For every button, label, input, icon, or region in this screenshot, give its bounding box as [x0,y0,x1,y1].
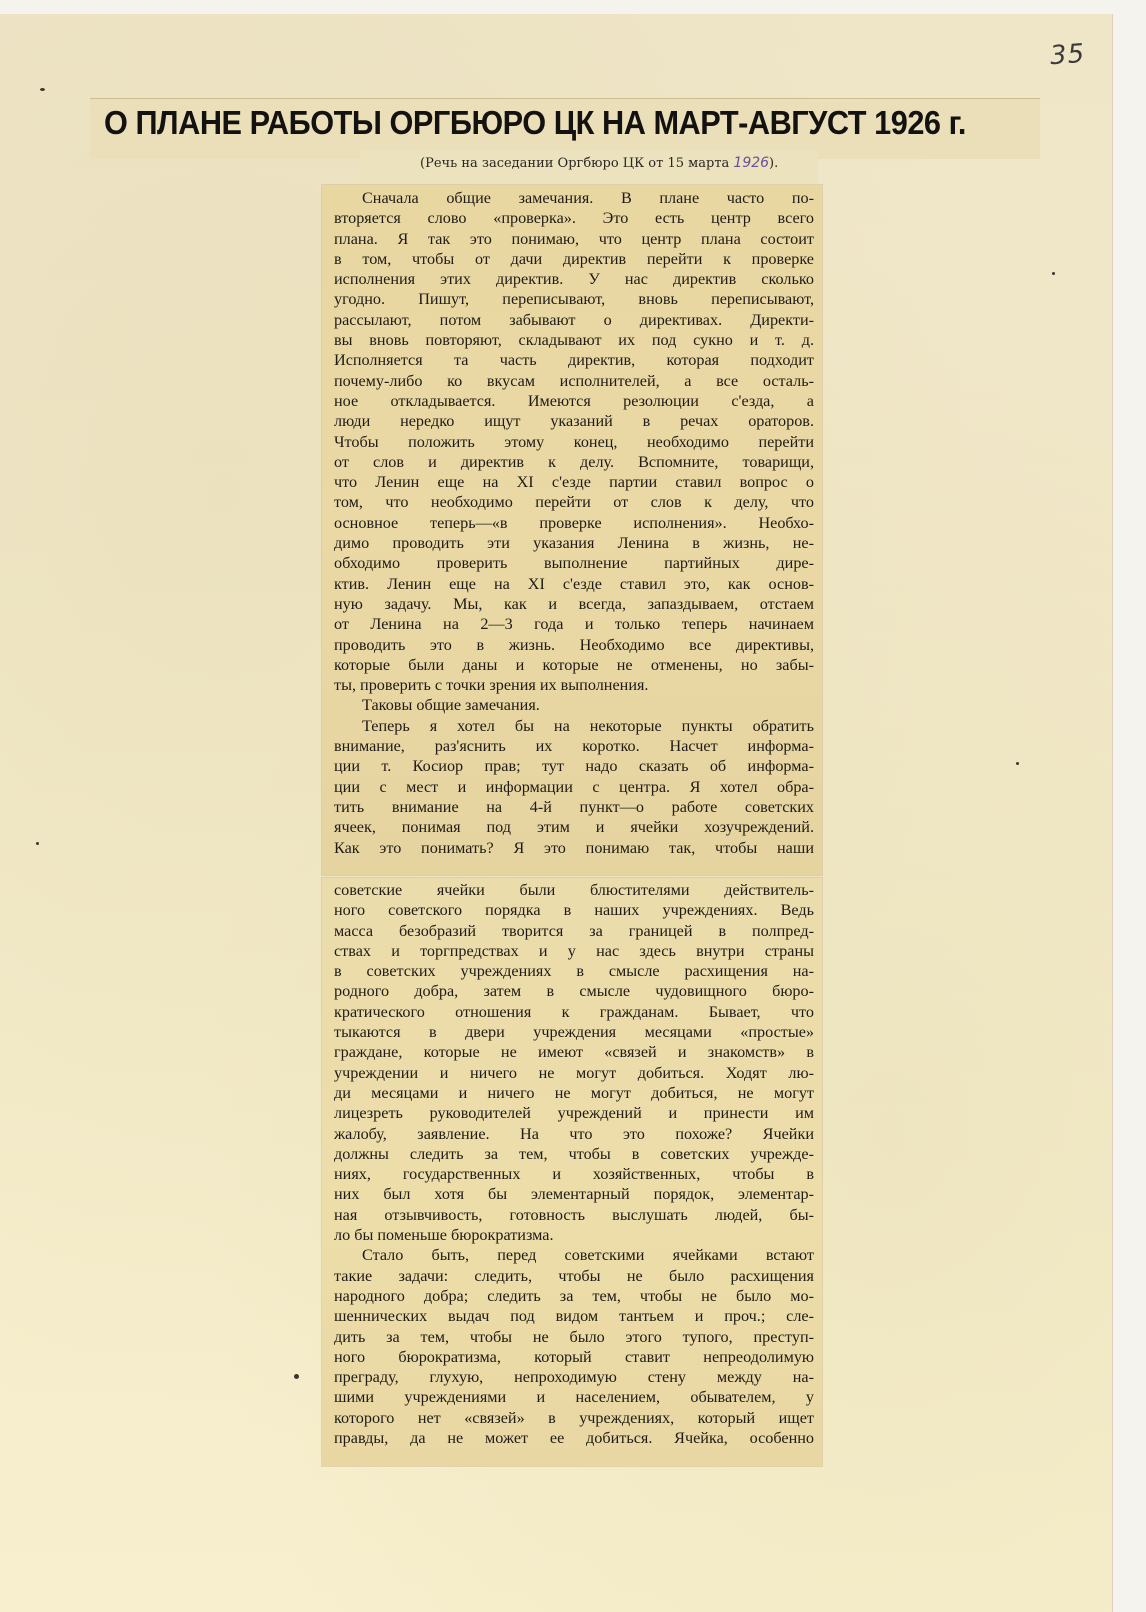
paper-speck [294,1374,299,1379]
text-line: которые были даны и которые не отменены,… [334,655,814,675]
subtitle-end: ). [769,156,778,171]
text-line: них был хотя бы элементарный порядок, эл… [334,1184,814,1204]
subtitle-printed: (Речь на заседании Оргбюро ЦК от 15 март… [420,156,729,171]
text-line: что Ленин еще на XI с'езде партии ставил… [334,472,814,492]
text-line: ствах и торгпредствах и у нас здесь внут… [334,941,814,961]
paper-speck [36,842,39,845]
text-line: ную задачу. Мы, как и всегда, запаздывае… [334,594,814,614]
text-line: в том, чтобы от дачи директив перейти к … [334,249,814,269]
text-line: проводить это в жизнь. Необходимо все ди… [334,635,814,655]
text-line: ного бюрократизма, который ставит непрео… [334,1347,814,1367]
text-line: такие задачи: следить, чтобы не было рас… [334,1266,814,1286]
text-line: Исполняется та часть директив, которая п… [334,350,814,370]
text-line: ди месяцами и ничего не могут добиться, … [334,1083,814,1103]
text-line: ты, проверить с точки зрения их выполнен… [334,675,814,695]
text-line: учреждении и ничего не могут добиться. Х… [334,1063,814,1083]
text-line: основное теперь—«в проверке исполнения».… [334,513,814,533]
text-line: жалобу, заявление. На что это похоже? Яч… [334,1124,814,1144]
document-subtitle: (Речь на заседании Оргбюро ЦК от 15 март… [420,155,778,171]
text-line: почему-либо ко вкусам исполнителей, а вс… [334,371,814,391]
paper-speck [1016,762,1019,765]
text-line: от слов и директив к делу. Вспомните, то… [334,452,814,472]
text-line: ниях, государственных и хозяйственных, ч… [334,1164,814,1184]
subtitle-handwritten-year: 1926 [733,155,769,171]
text-line: ции с мест и информации с центра. Я хоте… [334,777,814,797]
text-line: правды, да не может ее добиться. Ячейка,… [334,1428,814,1448]
text-line: ячеек, понимая под этим и ячейки хозучре… [334,817,814,837]
text-line: Сначала общие замечания. В плане часто п… [334,188,814,208]
text-line: плана. Я так это понимаю, что центр план… [334,229,814,249]
text-line: народного добра; следить за тем, чтобы н… [334,1286,814,1306]
text-line: шими учреждениями и населением, обывател… [334,1387,814,1407]
text-line: ная отзывчивость, готовность выслушать л… [334,1205,814,1225]
text-line: люди нередко ищут указаний в речах орато… [334,411,814,431]
paper-speck [1052,272,1055,275]
text-line: Теперь я хотел бы на некоторые пункты об… [334,716,814,736]
text-line: Стало быть, перед советскими ячейками вс… [334,1245,814,1265]
text-line: лицезреть руководителей учреждений и при… [334,1103,814,1123]
text-line: ции т. Косиор прав; тут надо сказать об … [334,756,814,776]
text-line: том, что необходимо перейти от слов к де… [334,492,814,512]
text-line: исполнения этих директив. У нас директив… [334,269,814,289]
text-line: советские ячейки были блюстителями дейст… [334,880,814,900]
text-line: вторяется слово «проверка». Это есть цен… [334,208,814,228]
text-line: граждане, которые не имеют «связей и зна… [334,1042,814,1062]
text-line: тить внимание на 4-й пункт—о работе сове… [334,797,814,817]
text-line: дить за тем, чтобы не было этого тупого,… [334,1327,814,1347]
text-line: димо проводить эти указания Ленина в жиз… [334,533,814,553]
text-line: которого нет «связей» в учреждениях, кот… [334,1408,814,1428]
text-line: от Ленина на 2—3 года и только теперь на… [334,614,814,634]
handwritten-page-number: 35 [1049,39,1086,71]
text-line: преграду, глухую, непроходимую стену меж… [334,1367,814,1387]
document-title: О ПЛАНЕ РАБОТЫ ОРГБЮРО ЦК НА МАРТ-АВГУСТ… [104,104,969,142]
text-line: внимание, раз'яснить их коротко. Насчет … [334,736,814,756]
text-line: ло бы поменьше бюрократизма. [334,1225,814,1245]
text-line: Таковы общие замечания. [334,695,814,715]
text-line: тыкаются в двери учреждения месяцами «пр… [334,1022,814,1042]
text-line: ное откладывается. Имеются резолюции с'е… [334,391,814,411]
text-line: кратического отношения к гражданам. Быва… [334,1002,814,1022]
text-line: родного добра, затем в смысле чудовищног… [334,981,814,1001]
paper-speck [40,88,45,91]
text-line: рассылают, потом забывают о директивах. … [334,310,814,330]
clipping-2-text: советские ячейки были блюстителями дейст… [334,880,814,1448]
text-line: угодно. Пишут, переписывают, вновь переп… [334,289,814,309]
text-line: должны следить за тем, чтобы в советских… [334,1144,814,1164]
text-line: ктив. Ленин еще на XI с'езде ставил это,… [334,574,814,594]
text-line: в советских учреждениях в смысле расхище… [334,961,814,981]
text-line: Чтобы положить этому конец, необходимо п… [334,432,814,452]
text-line: ного советского порядка в наших учрежден… [334,900,814,920]
text-line: Как это понимать? Я это понимаю так, что… [334,838,814,858]
text-line: масса безобразий творится за границей в … [334,921,814,941]
text-line: обходимо проверить выполнение партийных … [334,553,814,573]
text-line: шеннических выдач под видом тантьем и пр… [334,1306,814,1326]
text-line: вы вновь повторяют, складывают их под су… [334,330,814,350]
clipping-1-text: Сначала общие замечания. В плане часто п… [334,188,814,858]
